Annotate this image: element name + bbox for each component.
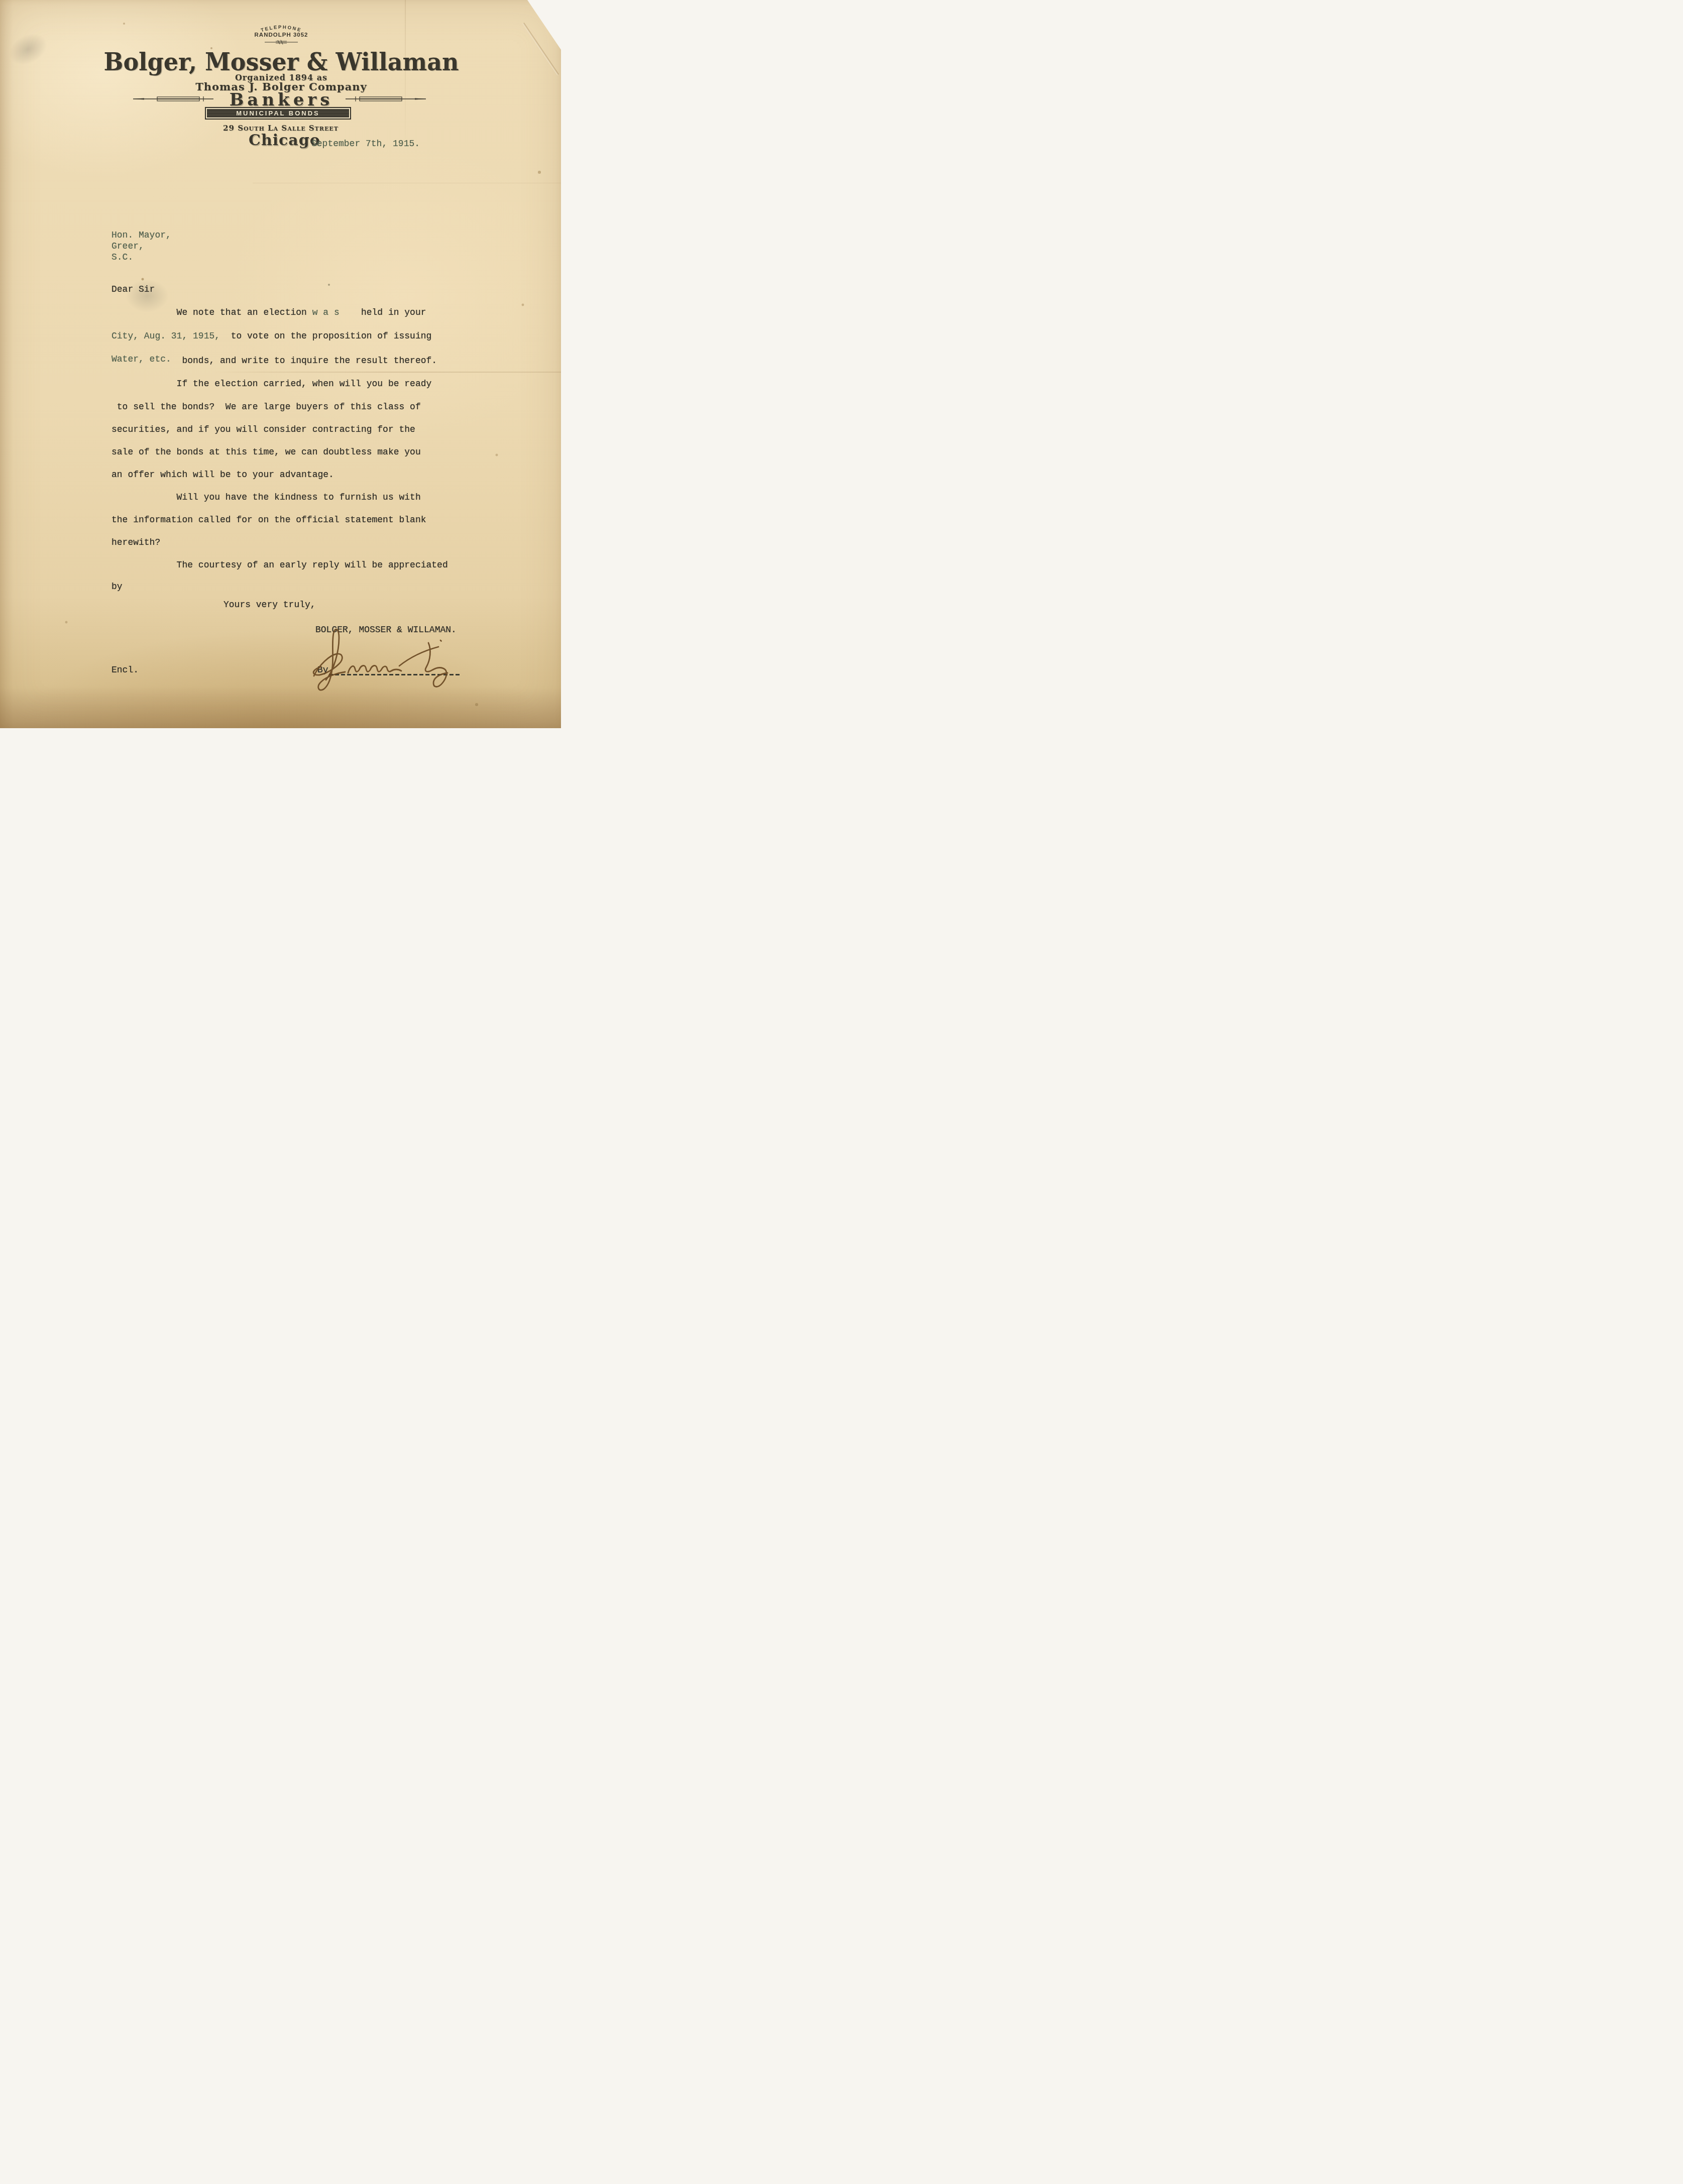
scanned-letter-screenshot: TELEPHONE RANDOLPH 3052 Bolger, Mosser &… xyxy=(0,0,561,728)
body-line: Water, etc. bonds, and write to inquire … xyxy=(111,354,437,365)
recipient-line-3: S.C. xyxy=(111,252,133,263)
faint-upper-crease xyxy=(253,183,561,183)
bankers-rule-left xyxy=(133,95,213,102)
body-line: herewith? xyxy=(111,537,160,548)
paper-edge-shading-bottom xyxy=(0,688,561,728)
handwritten-signature xyxy=(309,626,465,694)
date-line: September 7th, 1915. xyxy=(311,139,420,150)
horizontal-fold-crease xyxy=(0,372,561,373)
body-line: an offer which will be to your advantage… xyxy=(111,470,334,481)
bankers-rule-right xyxy=(346,95,426,102)
typed-text: to vote on the proposition of issuing xyxy=(220,331,431,341)
typed-text: We note that an election xyxy=(111,308,312,318)
body-line: the information called for on the offici… xyxy=(111,515,426,526)
fill-in-text: City, Aug. 31, 1915, xyxy=(111,331,220,341)
body-line: We note that an election w a s held in y… xyxy=(111,307,426,318)
recipient-line-2: Greer, xyxy=(111,241,144,252)
body-line: The courtesy of an early reply will be a… xyxy=(111,560,448,571)
enclosure-note: Encl. xyxy=(111,665,139,676)
valediction: Yours very truly, xyxy=(223,600,316,611)
municipal-bonds-banner: MUNICIPAL BONDS xyxy=(205,107,351,120)
recipient-line-1: Hon. Mayor, xyxy=(111,230,171,241)
body-line: If the election carried, when will you b… xyxy=(111,379,431,390)
body-line: sale of the bonds at this time, we can d… xyxy=(111,447,421,458)
paper-edge-shading-left xyxy=(0,0,13,728)
body-line: to sell the bonds? We are large buyers o… xyxy=(111,402,421,413)
typed-text: bonds, and write to inquire the result t… xyxy=(171,356,437,367)
fill-in-text: w a s xyxy=(312,308,340,318)
company-name: Bolger, Mosser & Willaman xyxy=(84,47,478,76)
letter-paper: TELEPHONE RANDOLPH 3052 Bolger, Mosser &… xyxy=(0,0,561,728)
letterhead-divider-ornament xyxy=(265,39,298,45)
body-line: by xyxy=(111,582,123,593)
body-line: securities, and if you will consider con… xyxy=(111,424,415,435)
fill-in-text: Water, etc. xyxy=(111,355,171,365)
typed-text: held in your xyxy=(340,308,426,318)
salutation: Dear Sir xyxy=(111,284,155,295)
municipal-bonds-label: MUNICIPAL BONDS xyxy=(207,109,349,118)
city-name: Chicago xyxy=(249,132,312,149)
body-line: Will you have the kindness to furnish us… xyxy=(111,492,421,503)
body-line: City, Aug. 31, 1915, to vote on the prop… xyxy=(111,331,431,342)
telephone-number: RANDOLPH 3052 xyxy=(249,32,314,38)
